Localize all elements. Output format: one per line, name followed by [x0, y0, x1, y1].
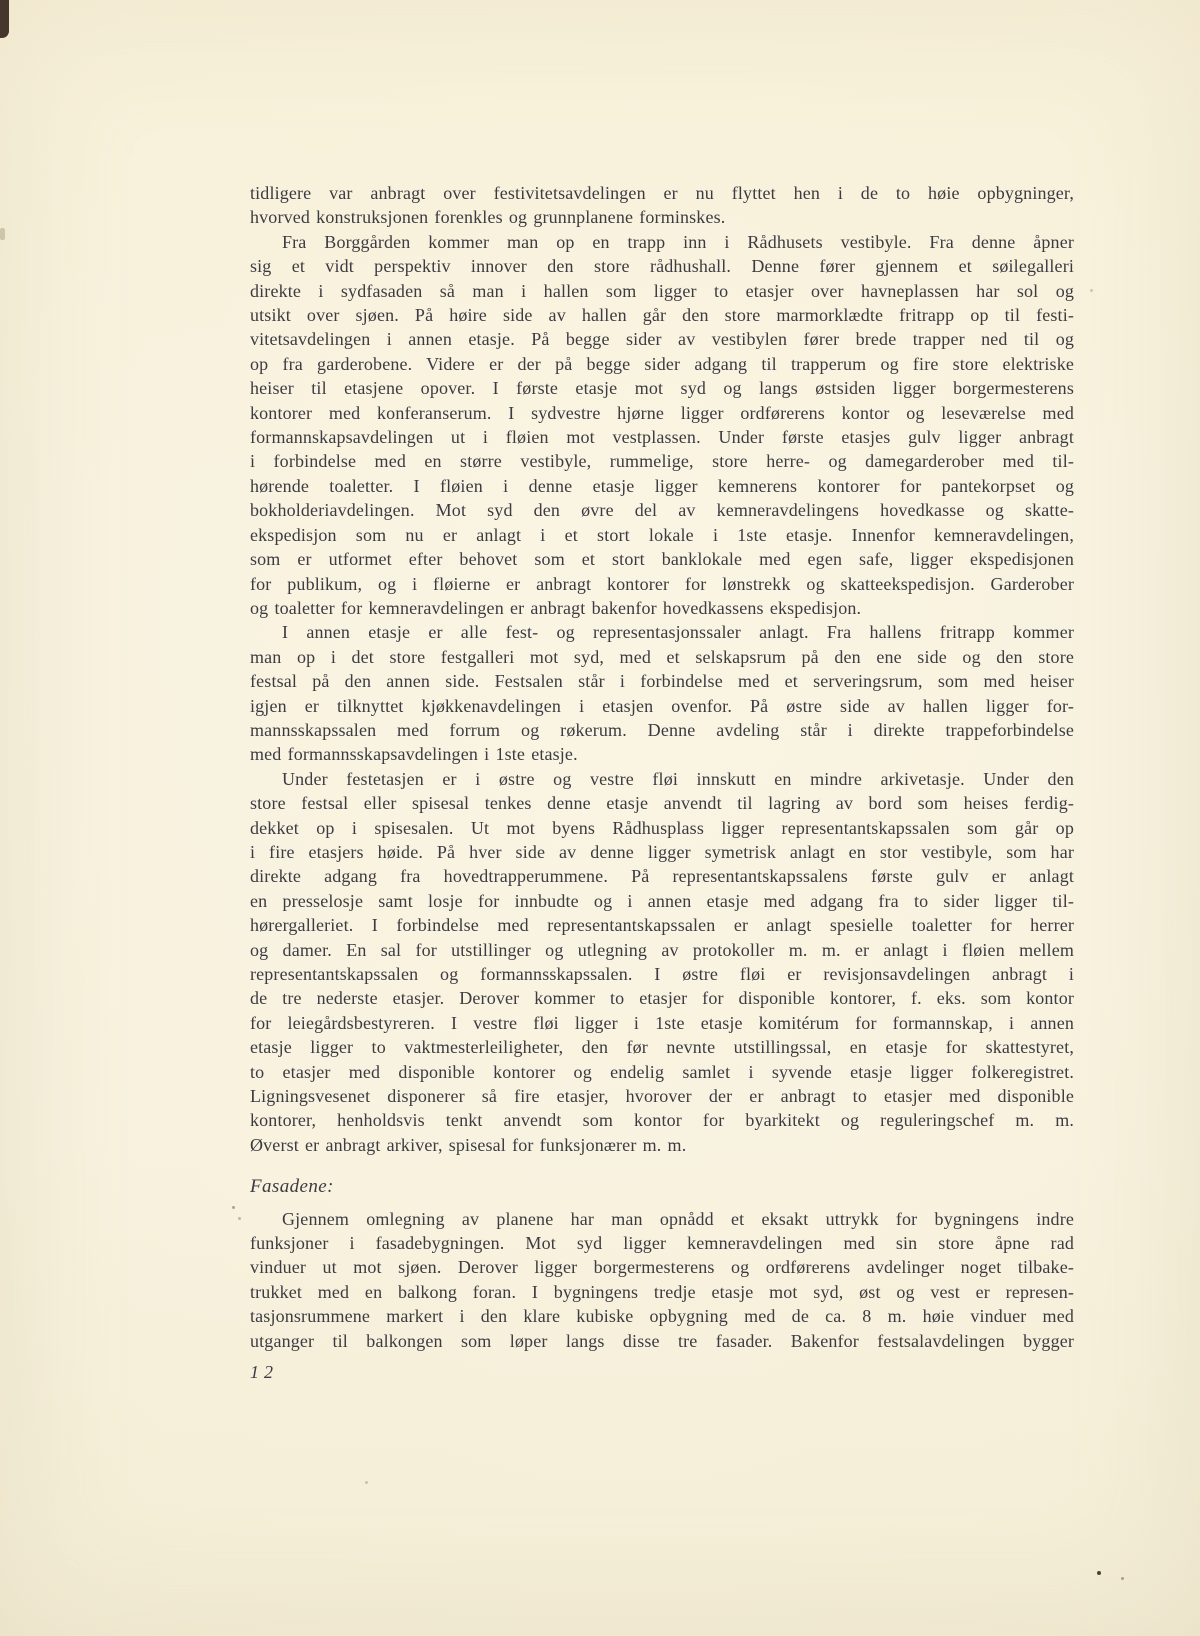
text-line: representantskapssalen og formannsskapss… — [250, 962, 1074, 986]
text-line: store festsal eller spisesal tenkes denn… — [250, 791, 1074, 815]
text-line: tidligere var anbragt over festivitetsav… — [250, 181, 1074, 205]
text-line: man op i det store festgalleri mot syd, … — [250, 645, 1074, 669]
text-line: vitetsavdelingen i annen etasje. På begg… — [250, 327, 1074, 351]
text-line: kontorer, henholdsvis tenkt anvendt som … — [250, 1108, 1074, 1132]
text-line: Ligningsvesenet disponerer så fire etasj… — [250, 1084, 1074, 1108]
text-line: hørergalleriet. I forbindelse med repres… — [250, 913, 1074, 937]
text-line: formannskapsavdelingen ut i fløien mot v… — [250, 425, 1074, 449]
paper-speck — [238, 1217, 241, 1220]
paper-speck — [1090, 289, 1093, 292]
text-line: og toaletter for kemneravdelingen er anb… — [250, 596, 1074, 620]
text-line: i fire etasjers høide. På hver side av d… — [250, 840, 1074, 864]
text-line: mannsskapssalen med forrum og røkerum. D… — [250, 718, 1074, 742]
text-line: Under festetasjen er i østre og vestre f… — [250, 767, 1074, 791]
text-line: dekket op i spisesalen. Ut mot byens Råd… — [250, 816, 1074, 840]
text-line: trukket med en balkong foran. I bygninge… — [250, 1280, 1074, 1304]
text-line: som er utformet efter behovet som et sto… — [250, 547, 1074, 571]
text-line: sig et vidt perspektiv innover den store… — [250, 254, 1074, 278]
text-line: vinduer ut mot sjøen. Derover ligger bor… — [250, 1255, 1074, 1279]
text-line: med formannsskapsavdelingen i 1ste etasj… — [250, 742, 1074, 766]
text-line: bokholderiavdelingen. Mot syd den øvre d… — [250, 498, 1074, 522]
text-line: i forbindelse med en større vestibyle, r… — [250, 449, 1074, 473]
text-line: direkte i sydfasaden så man i hallen som… — [250, 279, 1074, 303]
text-line: direkte adgang fra hovedtrapperummene. P… — [250, 864, 1074, 888]
paper-speck — [232, 1206, 235, 1209]
text-line: Fra Borggården kommer man op en trapp in… — [250, 230, 1074, 254]
text-line: Gjennem omlegning av planene har man opn… — [250, 1207, 1074, 1231]
text-line: hvorved konstruksjonen forenkles og grun… — [250, 205, 1074, 229]
text-line: Øverst er anbragt arkiver, spisesal for … — [250, 1133, 1074, 1157]
paper-speck — [1097, 1571, 1101, 1575]
paragraph-annen-etasje: I annen etasje er alle fest- og represen… — [250, 620, 1074, 766]
text-line: utsikt over sjøen. På høire side av hall… — [250, 303, 1074, 327]
paragraph-fasadene: Gjennem omlegning av planene har man opn… — [250, 1207, 1074, 1353]
text-line: funksjoner i fasadebygningen. Mot syd li… — [250, 1231, 1074, 1255]
text-line: ekspedisjon som nu er anlagt i et stort … — [250, 523, 1074, 547]
text-line: kontorer med konferanserum. I sydvestre … — [250, 401, 1074, 425]
text-line: utganger til balkongen som løper langs d… — [250, 1329, 1074, 1353]
text-line: op fra garderobene. Videre er der på beg… — [250, 352, 1074, 376]
text-line: de tre nederste etasjer. Derover kommer … — [250, 986, 1074, 1010]
page-number: 12 — [250, 1360, 278, 1384]
paragraph-under-festetasjen: Under festetasjen er i østre og vestre f… — [250, 767, 1074, 1158]
text-line: igjen er tilknyttet kjøkkenavdelingen i … — [250, 694, 1074, 718]
scanned-book-page: { "content": { "paragraphs": [ { "lines"… — [0, 0, 1200, 1636]
paragraph-continuation: tidligere var anbragt over festivitetsav… — [250, 181, 1074, 230]
section-heading-fasadene: Fasadene: — [250, 1175, 1074, 1199]
text-line: festsal på den annen side. Festsalen stå… — [250, 669, 1074, 693]
scan-edge-mark-small — [0, 228, 5, 240]
text-block: tidligere var anbragt over festivitetsav… — [250, 181, 1074, 1353]
text-line: tasjonsrummene markert i den klare kubis… — [250, 1304, 1074, 1328]
text-line: hørende toaletter. I fløien i denne etas… — [250, 474, 1074, 498]
text-line: etasje ligger to vaktmesterleiligheter, … — [250, 1035, 1074, 1059]
text-line: to etasjer med disponible kontorer og en… — [250, 1060, 1074, 1084]
text-line: heiser til etasjene opover. I første eta… — [250, 376, 1074, 400]
text-line: for publikum, og i fløierne er anbragt k… — [250, 572, 1074, 596]
paper-speck — [365, 1481, 368, 1484]
scan-edge-mark — [0, 0, 9, 38]
text-line: en presselosje samt losje for innbudte o… — [250, 889, 1074, 913]
text-line: I annen etasje er alle fest- og represen… — [250, 620, 1074, 644]
paper-speck — [1121, 1577, 1124, 1580]
paragraph-borggarden: Fra Borggården kommer man op en trapp in… — [250, 230, 1074, 621]
text-line: og damer. En sal for utstillinger og utl… — [250, 938, 1074, 962]
text-line: for leiegårdsbestyreren. I vestre fløi l… — [250, 1011, 1074, 1035]
